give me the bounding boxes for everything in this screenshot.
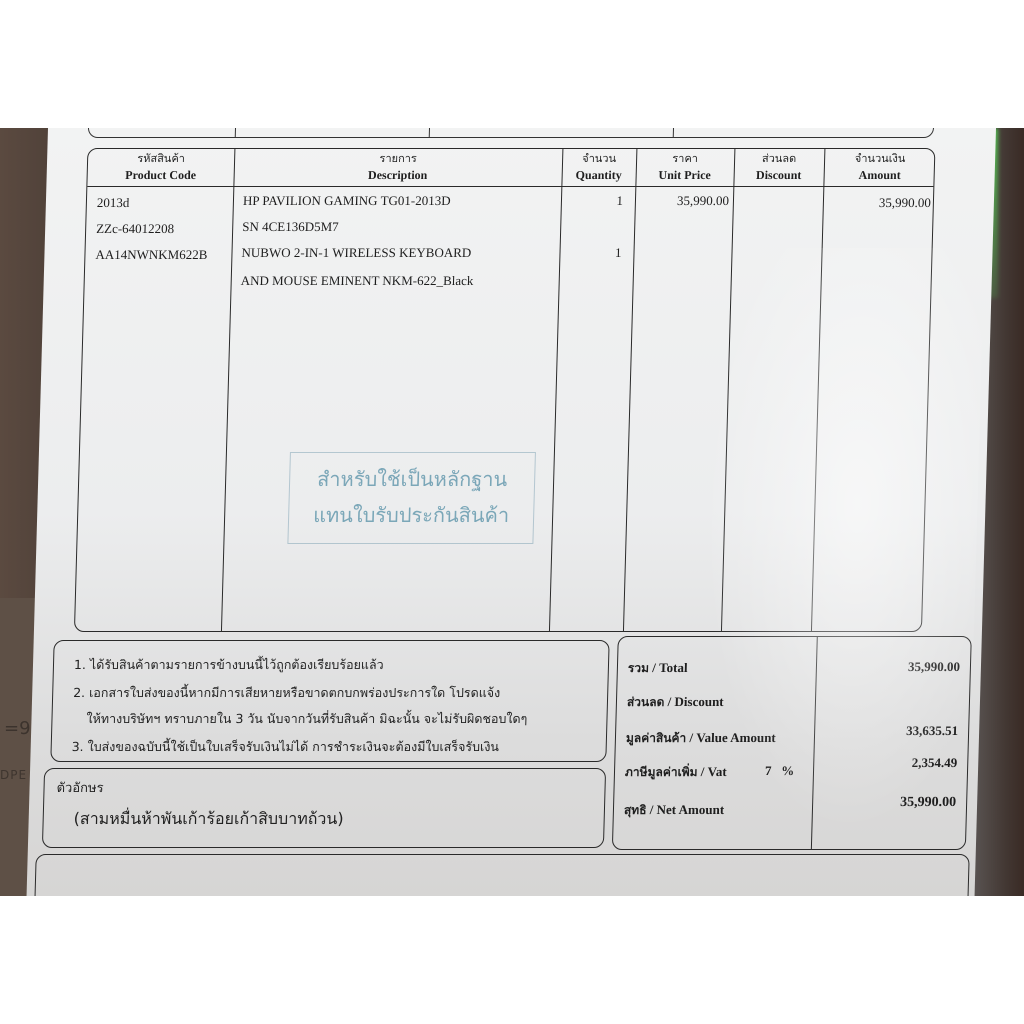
description-cell: NUBWO 2-IN-1 WIRELESS KEYBOARD bbox=[241, 245, 471, 261]
net-amount-value: 35,990.00 bbox=[900, 795, 956, 811]
document-photo: =97 DPE รหัสสินค้า Product Code รา bbox=[0, 128, 1024, 896]
description-cell: HP PAVILION GAMING TG01-2013D bbox=[243, 193, 451, 209]
column-header-product-code: รหัสสินค้า Product Code bbox=[87, 151, 234, 185]
description-cell: AND MOUSE EMINENT NKM-622_Black bbox=[241, 273, 474, 289]
column-header-discount: ส่วนลด Discount bbox=[733, 151, 824, 185]
description-cell: SN 4CE136D5M7 bbox=[242, 219, 339, 235]
background-box-marking: DPE bbox=[0, 768, 27, 782]
header-info-box bbox=[88, 128, 935, 138]
total-value: 35,990.00 bbox=[908, 659, 960, 675]
column-header-amount: จำนวนเงิน Amount bbox=[823, 151, 936, 185]
items-table: รหัสสินค้า Product Code รายการ Descripti… bbox=[74, 148, 936, 632]
quantity-cell: 1 bbox=[561, 193, 623, 209]
discount-row: ส่วนลด / Discount bbox=[627, 693, 960, 713]
value-amount-row: มูลค่าสินค้า / Value Amount 33,635.51 bbox=[626, 729, 959, 749]
signature-box bbox=[34, 854, 970, 896]
warranty-evidence-stamp: สำหรับใช้เป็นหลักฐาน แทนใบรับประกันสินค้… bbox=[287, 452, 536, 544]
note-item: 2. เอกสารใบส่งของนี้หากมีการเสียหายหรือข… bbox=[73, 679, 608, 707]
amount-in-words-label: ตัวอักษร bbox=[56, 777, 104, 798]
quantity-cell: 1 bbox=[559, 245, 621, 261]
vat-rate: 7 bbox=[765, 763, 772, 778]
vat-row: ภาษีมูลค่าเพิ่ม / Vat 7 % 2,354.49 bbox=[625, 763, 958, 783]
column-header-description: รายการ Description bbox=[233, 151, 562, 185]
note-item: 1. ได้รับสินค้าตามรายการข้างบนนี้ไว้ถูกต… bbox=[74, 651, 609, 679]
column-header-unit-price: ราคา Unit Price bbox=[635, 151, 734, 185]
amount-in-words-box: ตัวอักษร (สามหมื่นห้าพันเก้าร้อยเก้าสิบบ… bbox=[42, 768, 606, 848]
note-item: 3. ใบส่งของฉบับนี้ใช้เป็นใบเสร็จรับเงินไ… bbox=[71, 733, 606, 761]
terms-notes-box: 1. ได้รับสินค้าตามรายการข้างบนนี้ไว้ถูกต… bbox=[50, 640, 609, 762]
product-code-cell: ZZc-64012208 bbox=[96, 221, 174, 237]
amount-cell: 35,990.00 bbox=[823, 195, 931, 211]
value-amount-value: 33,635.51 bbox=[906, 723, 958, 739]
product-code-cell: 2013d bbox=[97, 195, 130, 211]
total-row: รวม / Total 35,990.00 bbox=[628, 659, 961, 679]
note-item-continued: ให้ทางบริษัทฯ ทราบภายใน 3 วัน นับจากวันท… bbox=[72, 705, 607, 733]
amount-in-words-value: (สามหมื่นห้าพันเก้าร้อยเก้าสิบบาทถ้วน) bbox=[73, 807, 344, 832]
column-header-quantity: จำนวน Quantity bbox=[561, 151, 636, 185]
totals-box: รวม / Total 35,990.00 ส่วนลด / Discount … bbox=[612, 636, 972, 850]
product-code-cell: AA14NWNKM622B bbox=[95, 247, 207, 263]
unit-price-cell: 35,990.00 bbox=[635, 193, 729, 209]
net-amount-row: สุทธิ / Net Amount 35,990.00 bbox=[624, 801, 957, 821]
vat-value: 2,354.49 bbox=[912, 755, 958, 771]
invoice-paper: รหัสสินค้า Product Code รายการ Descripti… bbox=[27, 128, 996, 896]
